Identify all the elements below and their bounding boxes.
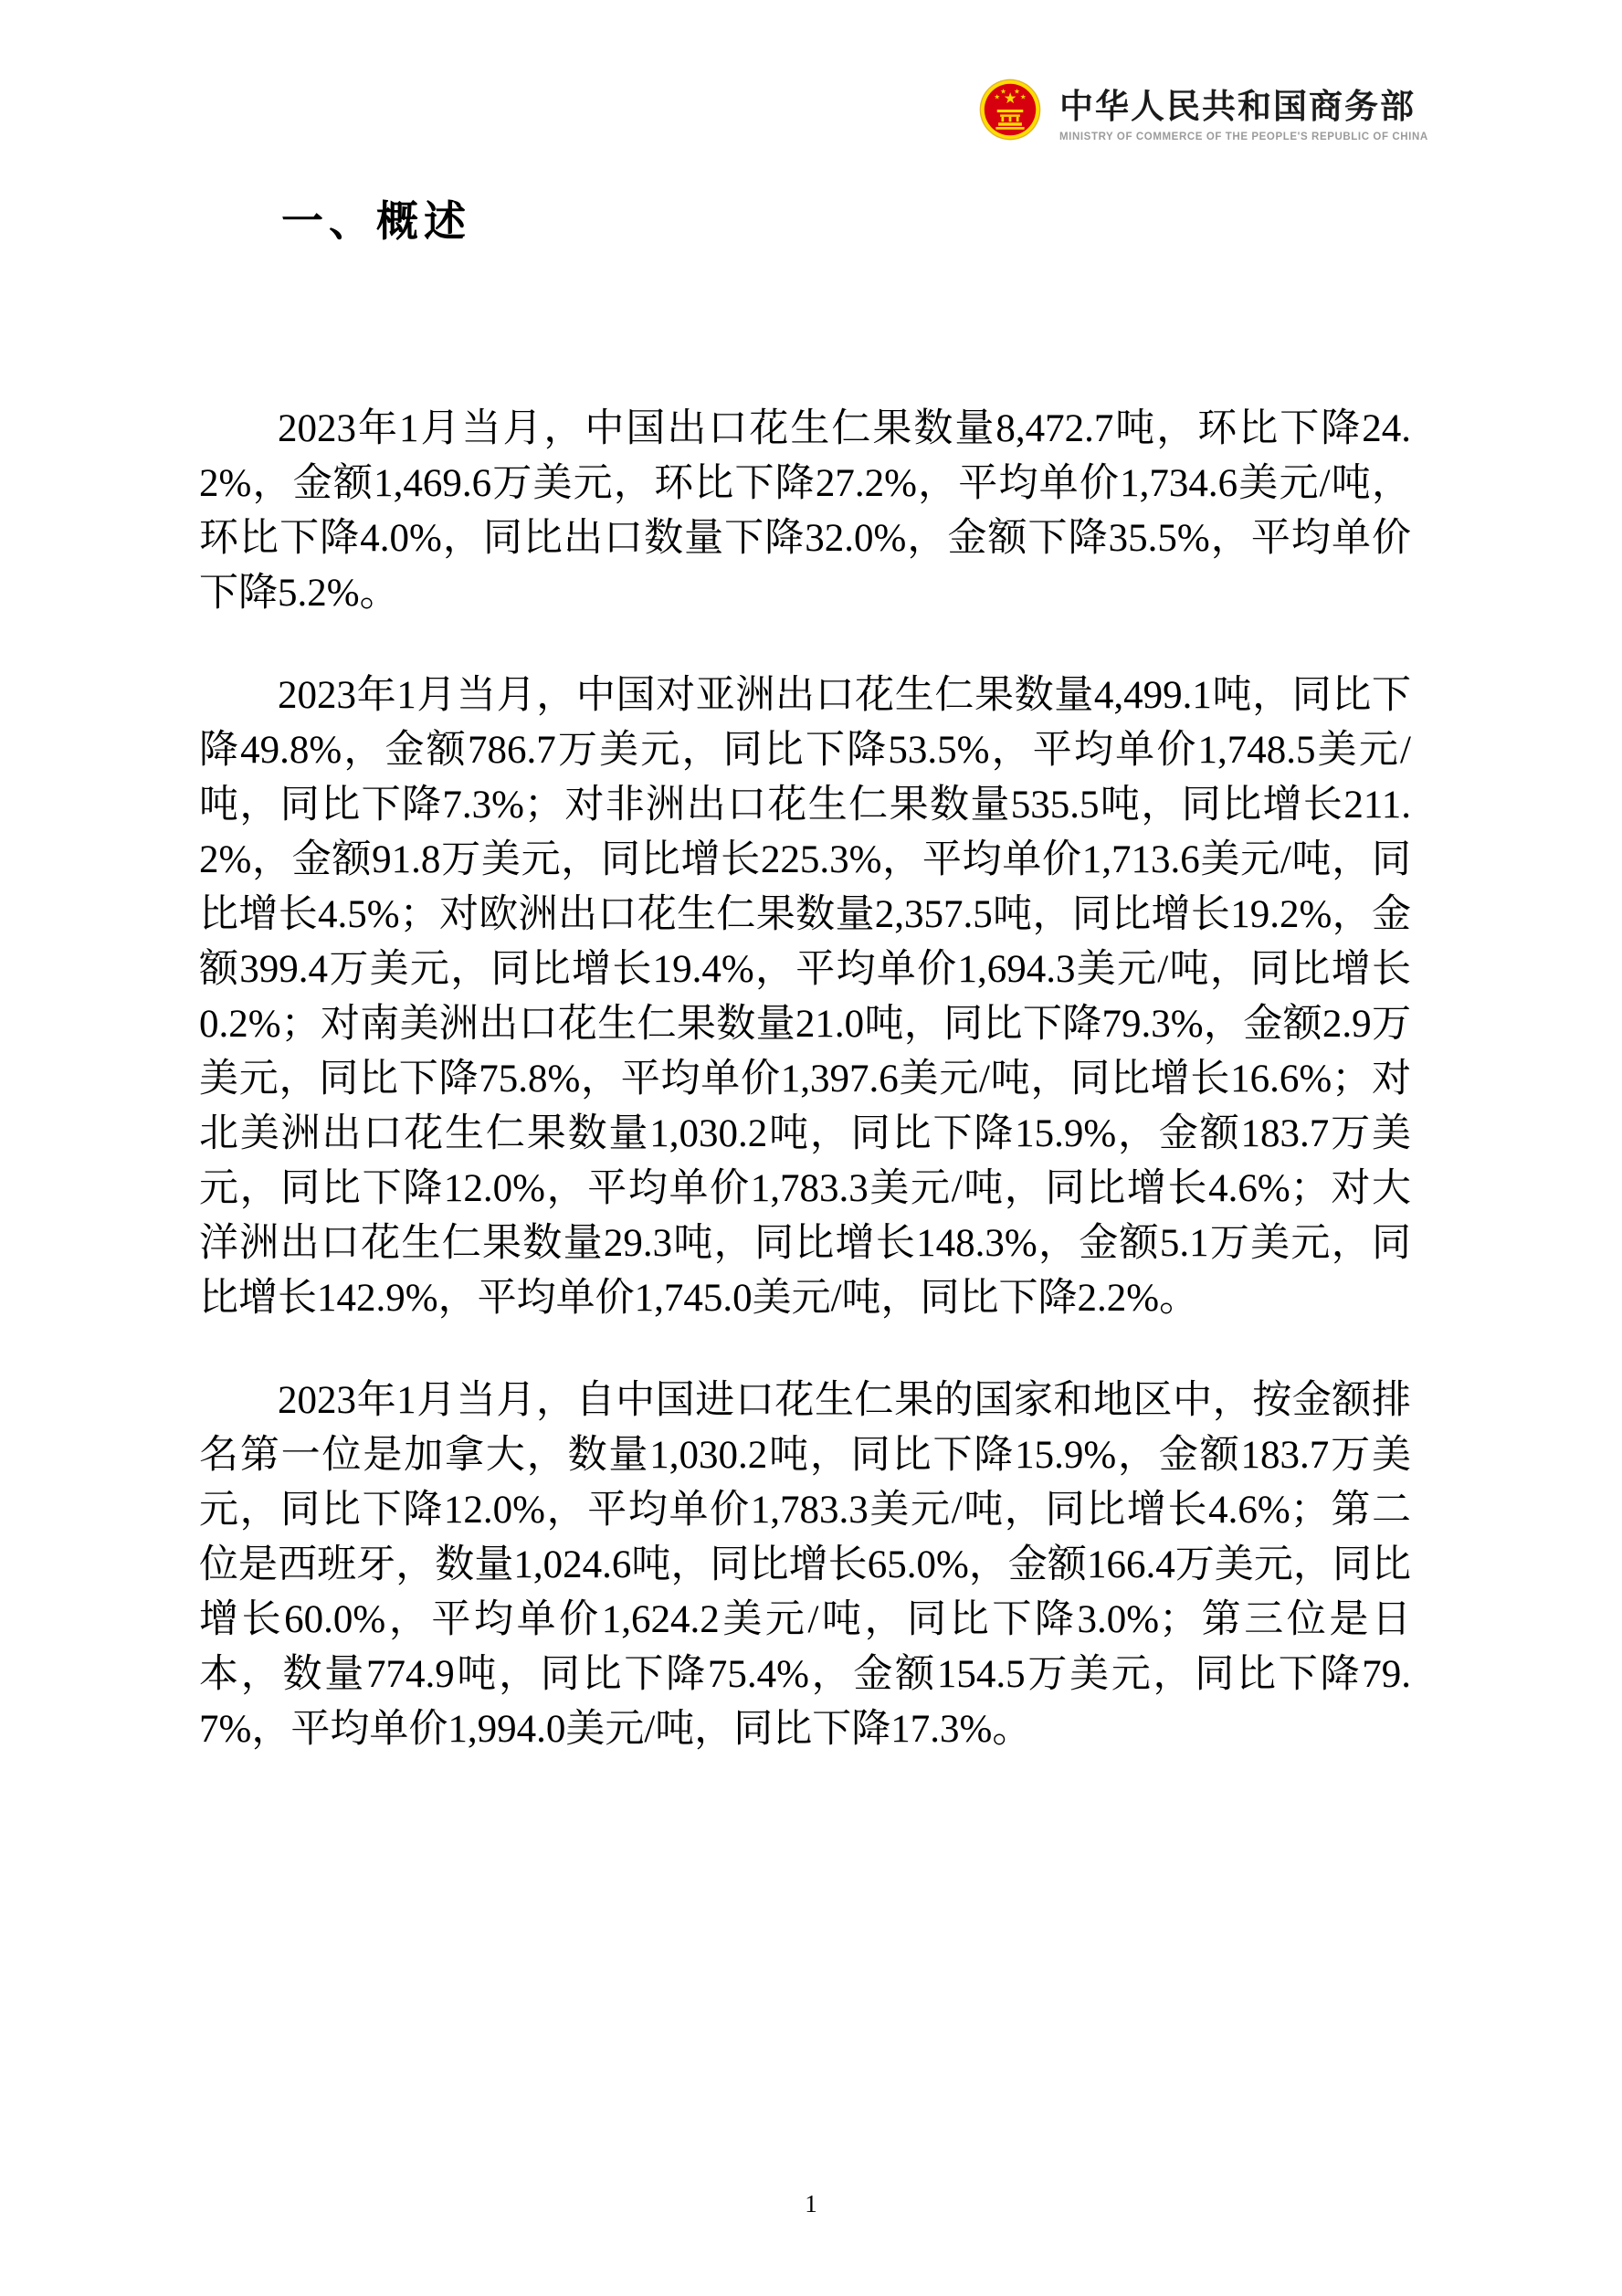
svg-text:★: ★: [994, 92, 1000, 100]
svg-text:★: ★: [1014, 87, 1020, 95]
paragraph-by-continent: 2023年1月当月，中国对亚洲出口花生仁果数量4,499.1吨，同比下降49.8…: [199, 669, 1411, 1326]
document-page: ★ ★ ★ ★ ★ 中华人民共和国商务部 MINISTRY OF COMMERC…: [0, 0, 1622, 2296]
ministry-name-en: MINISTRY OF COMMERCE OF THE PEOPLE'S REP…: [1059, 132, 1428, 142]
china-national-emblem-icon: ★ ★ ★ ★ ★: [979, 79, 1041, 141]
page-number: 1: [0, 2190, 1622, 2218]
ministry-name-cn: 中华人民共和国商务部: [1059, 90, 1428, 125]
ministry-title-block: 中华人民共和国商务部 MINISTRY OF COMMERCE OF THE P…: [1059, 79, 1428, 142]
svg-text:★: ★: [1020, 92, 1027, 100]
svg-text:★: ★: [1000, 87, 1006, 95]
paragraph-by-country: 2023年1月当月，自中国进口花生仁果的国家和地区中，按金额排名第一位是加拿大，…: [199, 1374, 1411, 1757]
paragraph-overview-total: 2023年1月当月，中国出口花生仁果数量8,472.7吨，环比下降24.2%，金…: [199, 402, 1411, 621]
ministry-header: ★ ★ ★ ★ ★ 中华人民共和国商务部 MINISTRY OF COMMERC…: [979, 79, 1428, 142]
section-heading: 一、概述: [281, 188, 471, 248]
body-text: 2023年1月当月，中国出口花生仁果数量8,472.7吨，环比下降24.2%，金…: [199, 402, 1411, 1757]
